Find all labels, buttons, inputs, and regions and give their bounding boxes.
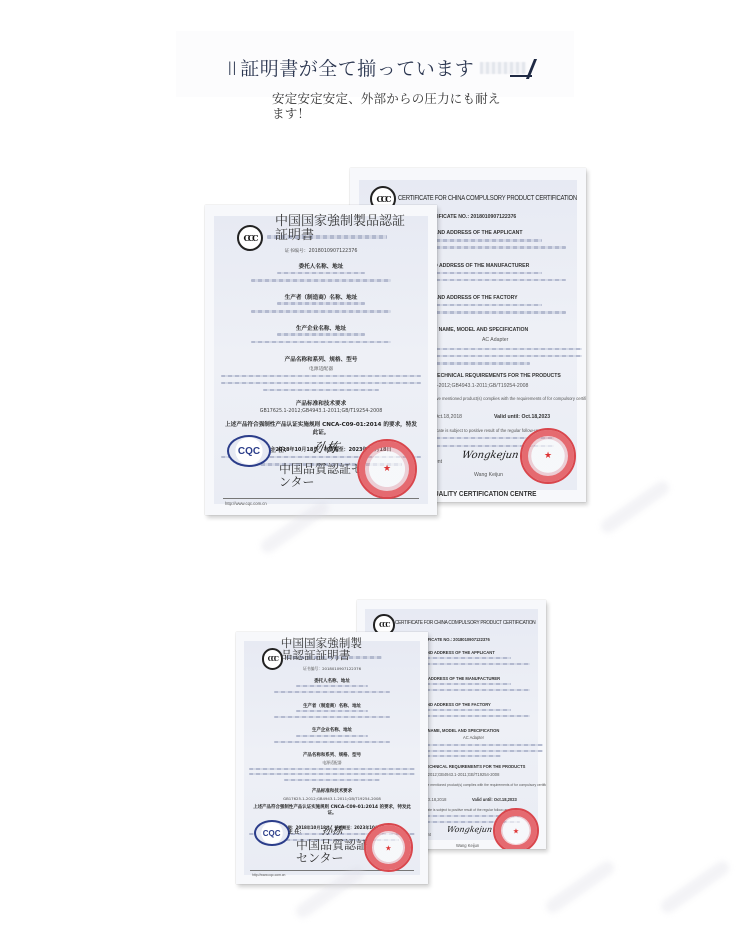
certificate-number: 证书编号：2018010907122376	[205, 247, 437, 254]
translated-certificate-title: 中国国家強制製品認証証明書	[281, 637, 371, 661]
translated-certificate-title: 中国国家強制製品認証証明書	[275, 215, 405, 242]
certificate-number: TIFICATE NO.: 2018010907122376	[424, 637, 490, 642]
manufacturer-heading: 生产者（制造商）名称、地址	[205, 293, 437, 301]
applicant-heading: 委托人名称、地址	[236, 678, 428, 684]
director-label: 主 任：	[245, 445, 315, 454]
signature: 孙栋	[321, 822, 344, 837]
title-prefix: II	[227, 58, 236, 80]
chinese-certificate: CCC 中国国家強制製品認証証明書 证书编号：2018010907122376 …	[205, 205, 437, 515]
validity-note: ficate is subject to positive result of …	[424, 808, 507, 812]
translated-organization-name: 中国品質認証センター	[296, 839, 371, 864]
certificate-number: 证书编号：2018010907122376	[236, 666, 428, 672]
valid-until: Valid until: Oct.18,2023	[472, 797, 517, 802]
product-heading: 产品名称和系列、规格、型号	[236, 752, 428, 758]
official-seal-icon: ★	[520, 428, 576, 484]
watermark	[598, 478, 672, 535]
check-mark-icon	[480, 59, 540, 77]
standards: 1-2012;GB4943.1-2011;GB/T19254-2008	[424, 772, 499, 777]
product-name: 电源适配器	[205, 365, 437, 372]
factory-heading: 生产企业名称、地址	[236, 727, 428, 733]
factory-heading: AND ADDRESS OF THE FACTORY	[424, 702, 491, 707]
official-seal-icon: ★	[364, 823, 413, 872]
factory-heading: AND ADDRESS OF THE FACTORY	[434, 295, 518, 301]
standards: 1-2012;GB4943.1-2011;GB/T19254-2008	[434, 383, 528, 389]
product-name: AC Adapter	[482, 337, 508, 343]
valid-until: Valid until: Oct.18,2023	[494, 414, 550, 420]
standards-heading: TECHNICAL REQUIREMENTS FOR THE PRODUCTS	[424, 764, 525, 769]
signatory-name: Wang Keijun	[474, 472, 503, 478]
signatory-name: Wang Keijun	[456, 843, 479, 848]
watermark	[658, 858, 732, 915]
footer-url: http://www.cqc.com.cn	[225, 501, 267, 506]
title-text: 証明書が全て揃っています	[240, 58, 474, 80]
conformity-statement: ove mentioned product(s) complies with t…	[424, 783, 546, 787]
page-subtitle: 安定安定安定、外部からの圧力にも耐えます！	[272, 91, 512, 121]
standards: GB17625.1-2012;GB4943.1-2011;GB/T19254-2…	[205, 409, 437, 414]
manufacturer-heading: D ADDRESS OF THE MANUFACTURER	[434, 263, 529, 269]
signature: 孙栋	[311, 437, 340, 456]
footer-url: http://www.cqc.com.cn	[252, 873, 285, 877]
signature: Wongkejun	[461, 450, 519, 461]
manufacturer-heading: 生产者（制造商）名称、地址	[236, 703, 428, 709]
organization-name: UALITY CERTIFICATION CENTRE	[434, 491, 536, 498]
watermark	[543, 858, 617, 915]
applicant-heading: AND ADDRESS OF THE APPLICANT	[424, 650, 495, 655]
product-name: 电源适配器	[236, 760, 428, 766]
applicant-heading: AND ADDRESS OF THE APPLICANT	[434, 230, 523, 236]
standards-heading: TECHNICAL REQUIREMENTS FOR THE PRODUCTS	[434, 373, 561, 379]
product-heading: T NAME, MODEL AND SPECIFICATION	[434, 327, 528, 333]
page-title: II証明書が全て揃っています	[227, 54, 540, 81]
signature: Wongkejun	[446, 825, 493, 834]
english-certificate-title: CERTIFICATE FOR CHINA COMPULSORY PRODUCT…	[395, 620, 535, 626]
standards-heading: 产品标准和技术要求	[205, 399, 437, 407]
validity-note: ficate is subject to positive result of …	[434, 428, 539, 433]
product-name: AC Adapter	[463, 735, 484, 740]
standards: GB17625.1-2012;GB4943.1-2011;GB/T19254-2…	[236, 796, 428, 801]
product-heading: 产品名称和系列、规格、型号	[205, 355, 437, 363]
applicant-heading: 委托人名称、地址	[205, 262, 437, 270]
translated-organization-name: 中国品質認証センター	[279, 463, 369, 488]
certificate-number: TIFICATE NO.: 2018010907122376	[434, 214, 516, 220]
english-certificate-title: CERTIFICATE FOR CHINA COMPULSORY PRODUCT…	[398, 193, 577, 202]
factory-heading: 生产企业名称、地址	[205, 324, 437, 332]
director-label: 主 任：	[268, 828, 324, 835]
issue-date: Oct.18,2018	[434, 414, 462, 420]
official-seal-icon: ★	[357, 439, 417, 499]
manufacturer-heading: D ADDRESS OF THE MANUFACTURER	[424, 676, 500, 681]
conformity-statement: 上述产品符合强制性产品认证实施规则 CNCA-C09-01:2014 的要求，特…	[250, 805, 413, 818]
conformity-statement: ove mentioned product(s) complies with t…	[434, 396, 586, 401]
chinese-certificate: CCC 中国国家強制製品認証証明書 证书编号：2018010907122376 …	[236, 632, 428, 884]
product-heading: T NAME, MODEL AND SPECIFICATION	[424, 728, 499, 733]
standards-heading: 产品标准和技术要求	[236, 788, 428, 794]
official-seal-icon: ★	[493, 808, 539, 849]
